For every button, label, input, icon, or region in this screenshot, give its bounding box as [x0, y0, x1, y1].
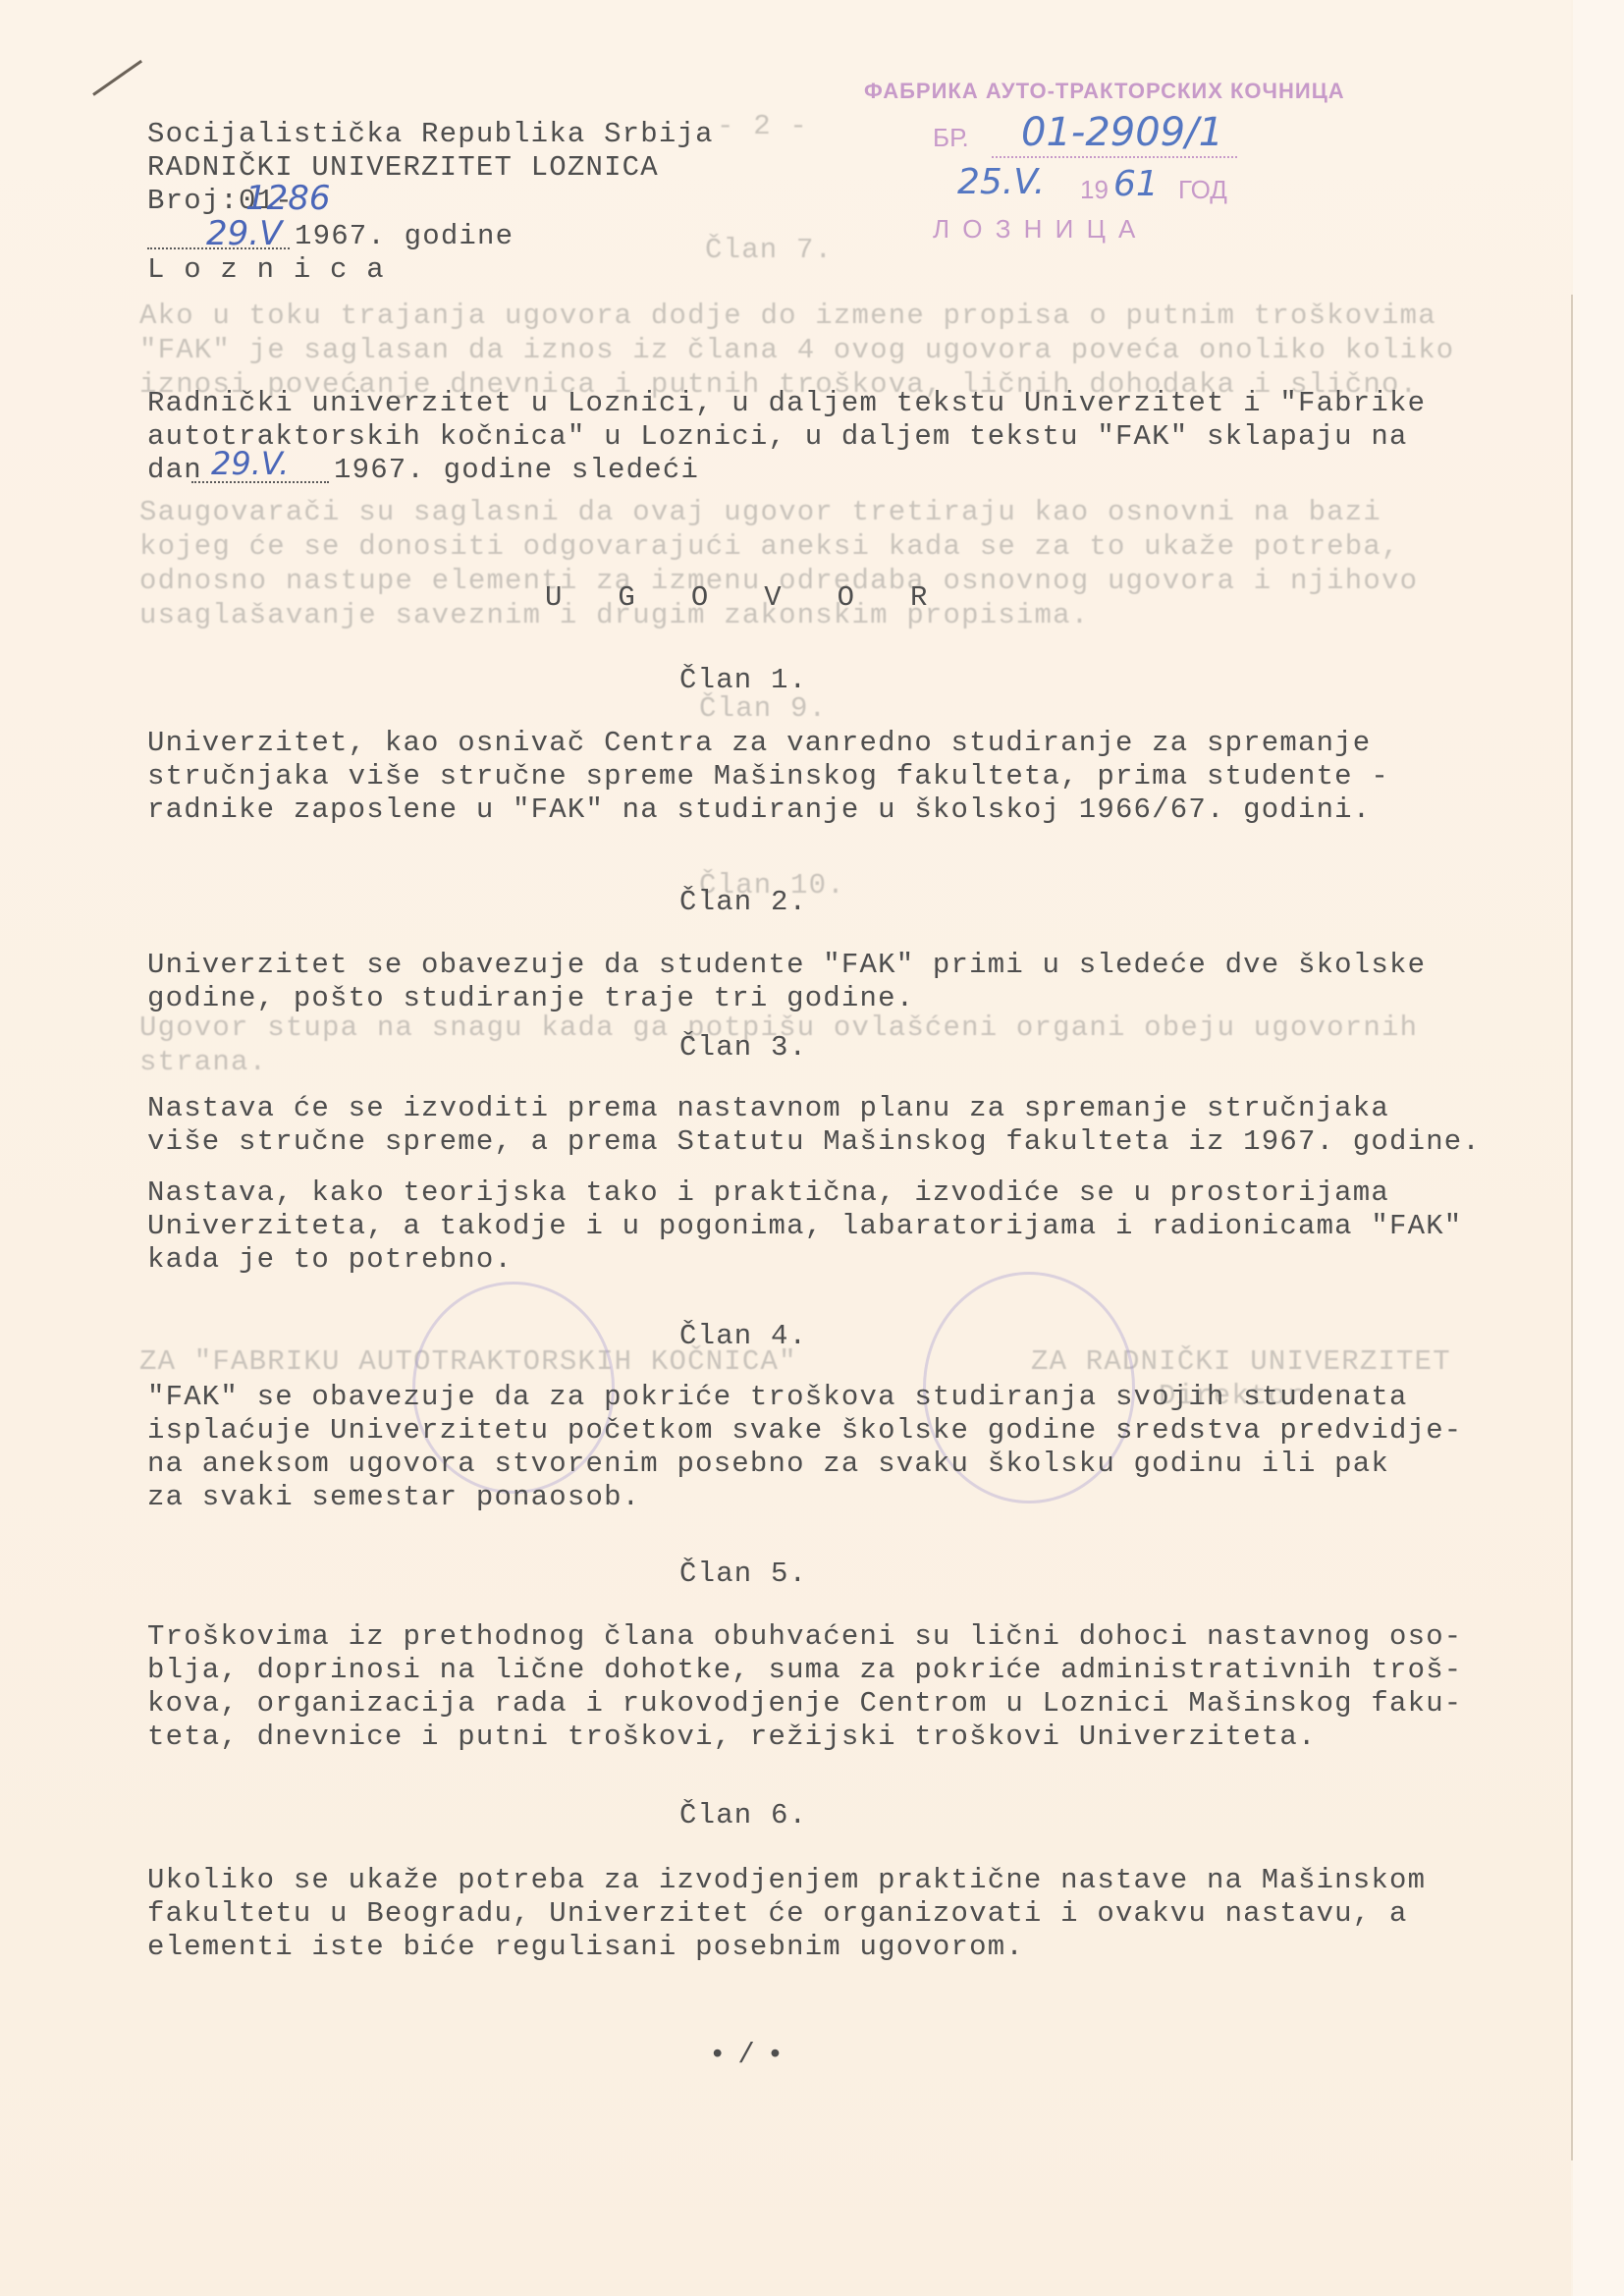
header-institution: RADNIČKI UNIVERZITET LOZNICA — [147, 151, 659, 185]
article-1-line: Univerzitet, kao osnivač Centra za vanre… — [147, 727, 1371, 760]
stamp-year-prefix: 19 — [1080, 175, 1109, 205]
stamp-number-handwritten: 01-2909/1 — [1021, 110, 1223, 155]
article-4-line: na aneksom ugovora stvorenim posebno za … — [147, 1448, 1389, 1481]
ghost-line: Saugovarači su saglasni da ovaj ugovor t… — [139, 496, 1381, 529]
intro-line-3-suffix: 1967. godine sledeći — [334, 454, 699, 487]
article-3-line: kada je to potrebno. — [147, 1243, 513, 1277]
stamp-city: Л О З Н И Ц А — [933, 214, 1138, 245]
article-5-line: teta, dnevnice i putni troškovi, režijsk… — [147, 1721, 1317, 1754]
article-6-line: elementi iste biće regulisani posebnim u… — [147, 1931, 1024, 1964]
header-date-typed: 1967. godine — [295, 220, 514, 253]
stamp-company-name: ФАБРИКА АУТО-ТРАКТОРСКИХ КОЧНИЦА — [864, 79, 1345, 104]
scan-margin — [1573, 0, 1624, 2296]
ghost-clan7: Član 7. — [705, 234, 833, 267]
article-1-heading: Član 1. — [679, 664, 807, 697]
stamp-date-handwritten: 25.V. — [957, 162, 1045, 202]
stamp-number-underline — [992, 154, 1237, 158]
article-4-line: za svaki semestar ponaosob. — [147, 1481, 640, 1514]
continuation-mark: •/• — [709, 2039, 795, 2072]
intro-date-handwritten: 29.V. — [211, 445, 289, 482]
article-4-heading: Član 4. — [679, 1320, 807, 1353]
article-3-line: Nastava, kako teorijska tako i praktična… — [147, 1176, 1389, 1210]
article-2-heading: Član 2. — [679, 886, 807, 919]
stamp-god-label: ГОД — [1178, 175, 1227, 205]
document-title: U G O V O R — [545, 581, 929, 615]
stamp-year-handwritten: 61 — [1113, 164, 1159, 204]
ghost-line: "FAK" je saglasan da iznos iz člana 4 ov… — [139, 334, 1454, 367]
date-underline — [147, 246, 290, 249]
ghost-line: strana. — [139, 1046, 267, 1079]
header-republic: Socijalistička Republika Srbija — [147, 118, 714, 151]
article-2-line: Univerzitet se obavezuje da studente "FA… — [147, 949, 1426, 982]
article-6-heading: Član 6. — [679, 1799, 807, 1832]
ghost-line: kojeg će se donositi odgovarajući aneksi… — [139, 530, 1400, 564]
intro-date-underline — [191, 479, 329, 483]
article-5-heading: Član 5. — [679, 1558, 807, 1591]
intro-line-2: autotraktorskih kočnica" u Loznici, u da… — [147, 420, 1408, 454]
article-6-line: fakultetu u Beogradu, Univerzitet će org… — [147, 1897, 1408, 1931]
article-3-line: Univerziteta, a takodje i u pogonima, la… — [147, 1210, 1462, 1243]
article-4-line: "FAK" se obavezuje da za pokriće troškov… — [147, 1381, 1408, 1414]
article-5-line: blja, doprinosi na lične dohotke, suma z… — [147, 1654, 1462, 1687]
article-2-line: godine, pošto studiranje traje tri godin… — [147, 982, 914, 1015]
stamp-number-label: БР. — [933, 123, 969, 153]
article-5-line: kova, organizacija rada i rukovodjenje C… — [147, 1687, 1462, 1721]
intro-line-1: Radnički univerzitet u Loznici, u daljem… — [147, 387, 1426, 420]
article-1-line: radnike zaposlene u "FAK" na studiranje … — [147, 793, 1371, 827]
article-4-line: isplaćuje Univerzitetu početkom svake šk… — [147, 1414, 1462, 1448]
article-3-heading: Član 3. — [679, 1031, 807, 1065]
header-place: L o z n i c a — [147, 253, 385, 287]
article-5-line: Troškovima iz prethodnog člana obuhvaćen… — [147, 1620, 1462, 1654]
article-3-line: više stručne spreme, a prema Statutu Maš… — [147, 1125, 1481, 1159]
ghost-page-number: - 2 - — [717, 110, 808, 143]
header-number-handwritten: 1286 — [245, 179, 331, 218]
article-3-line: Nastava će se izvoditi prema nastavnom p… — [147, 1092, 1389, 1125]
article-1-line: stručnjaka više stručne spreme Mašinskog… — [147, 760, 1389, 793]
ghost-line: Ako u toku trajanja ugovora dodje do izm… — [139, 300, 1436, 333]
article-6-line: Ukoliko se ukaže potreba za izvodjenjem … — [147, 1864, 1426, 1897]
ghost-clan9: Član 9. — [699, 692, 827, 726]
